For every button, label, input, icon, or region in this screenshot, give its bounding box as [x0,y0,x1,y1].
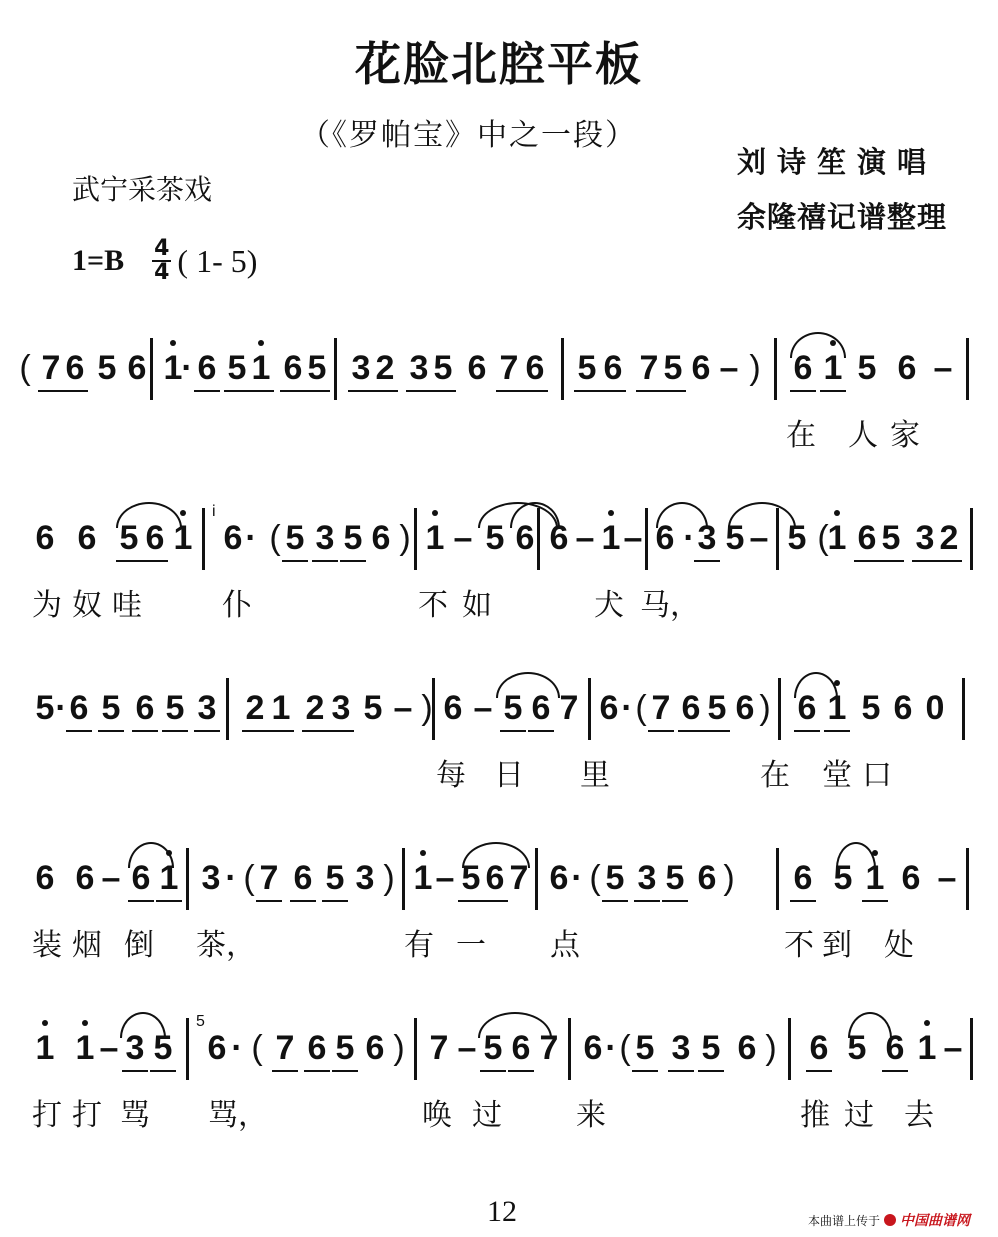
parenthesis: ) [760,1028,782,1068]
parenthesis: ) [754,688,776,728]
note: 6 [582,1028,604,1068]
note: 1 [270,688,292,728]
high-octave-dot [180,510,186,516]
dash-extension: – [622,518,644,558]
parenthesis: ) [744,348,766,388]
note: 1 [412,858,434,898]
note: 6 [792,858,814,898]
notation-line: 5·6565321235–)6–5676·(7656)61560 [0,670,998,740]
dash-extension: – [392,688,414,728]
note: 7 [274,1028,296,1068]
note: 5 [342,518,364,558]
note: 5 [164,688,186,728]
eighth-underline [678,730,704,732]
eighth-underline [862,900,888,902]
time-numerator: 4 [152,238,171,262]
note: 6 [690,348,712,388]
song-title: 花脸北腔平板 [0,28,998,94]
high-octave-dot [82,1020,88,1026]
barline [334,338,337,400]
high-octave-dot [432,510,438,516]
note: 6 [74,858,96,898]
time-signature: 4 4 [152,238,171,284]
eighth-underline [116,560,142,562]
lyric-syllable: 仆 [222,580,252,624]
eighth-underline [406,390,432,392]
eighth-underline [162,730,188,732]
score-row: (76561·65165323567656756–)6156–在人家 [0,330,998,480]
page-number: 12 [487,1195,517,1229]
note: 1 [600,518,622,558]
note: 3 [200,858,222,898]
eighth-underline [824,730,850,732]
barline [414,1018,417,1080]
eighth-underline [668,1070,694,1072]
eighth-underline [194,730,220,732]
parenthesis: ( [246,1028,268,1068]
note: 6 [900,858,922,898]
dot-augmentation: · [54,688,68,728]
eighth-underline [280,390,306,392]
lyric-syllable: 打 [32,1090,62,1134]
note: 6 [306,1028,328,1068]
grace-note: 5 [196,1014,205,1030]
lyric-syllable: 在 [786,410,816,454]
slur-arc [728,502,796,528]
dash-extension: – [932,348,954,388]
slur-arc [116,502,182,528]
eighth-underline [820,390,846,392]
dash-extension: – [434,858,456,898]
note: 3 [350,348,372,388]
barline [788,1018,791,1080]
eighth-underline [340,560,366,562]
note: 6 [134,688,156,728]
lyric-syllable: 日 [494,750,524,794]
lyric-syllable: 里 [580,750,610,794]
barline [535,848,538,910]
eighth-underline [256,900,282,902]
eighth-underline [224,390,250,392]
eighth-underline [528,730,554,732]
lyric-syllable: 唤 [422,1090,452,1134]
note: 6 [734,688,756,728]
eighth-underline [636,390,662,392]
eighth-underline [508,1070,534,1072]
note: 65 [206,1028,228,1068]
note: 6 [34,858,56,898]
barline [962,678,965,740]
eighth-underline [458,900,484,902]
lyric-syllable: 骂 [120,1090,150,1134]
notation-line: (76561·65165323567656756–)6156– [0,330,998,400]
lyric-syllable: 不 [418,580,448,624]
note: 6i [222,518,244,558]
parenthesis: ) [378,858,400,898]
score-row: 5·6565321235–)6–5676·(7656)61560每日里在堂口 [0,670,998,820]
dash-extension: – [574,518,596,558]
note: 6 [282,348,304,388]
lyric-syllable: 处 [884,920,914,964]
note: 3 [670,1028,692,1068]
lyric-syllable: 堂 [822,750,852,794]
barline [966,338,969,400]
note: 6 [76,518,98,558]
lyric-syllable: 点 [550,920,580,964]
eighth-underline [632,1070,658,1072]
note: 1 [424,518,446,558]
note: 5 [284,518,306,558]
note: 2 [304,688,326,728]
note: 5 [34,688,56,728]
barline [414,508,417,570]
note: 5 [860,688,882,728]
dot-augmentation: · [230,1028,244,1068]
dash-extension: – [942,1028,964,1068]
dash-extension: – [452,518,474,558]
barline [774,338,777,400]
lyric-syllable: 骂， [208,1090,268,1134]
note: 2 [938,518,960,558]
dash-extension: – [100,858,122,898]
eighth-underline [38,390,64,392]
notation-line: 665616i·(5356)1–566–1–6·35–5(16532 [0,500,998,570]
performer-credit: 刘诗笙演唱 [737,140,937,181]
eighth-underline [790,390,816,392]
note: 6 [466,348,488,388]
slur-arc [836,842,876,868]
parenthesis: ( [264,518,286,558]
eighth-underline [156,900,182,902]
note: 7 [498,348,520,388]
slur-arc [128,842,174,868]
site-name: 中国曲谱网 [900,1210,970,1230]
barline [402,848,405,910]
barline [202,508,205,570]
barline [776,848,779,910]
note: 5 [306,348,328,388]
eighth-underline [648,730,674,732]
note: 0 [924,688,946,728]
note: 6 [370,518,392,558]
lyric-syllable: 茶， [196,920,256,964]
lyric-syllable: 奴 [72,580,102,624]
eighth-underline [878,560,904,562]
eighth-underline [128,900,154,902]
lyric-syllable: 去 [904,1090,934,1134]
high-octave-dot [170,340,176,346]
note: 6 [442,688,464,728]
lyric-syllable: 推 [800,1090,830,1134]
note: 6 [34,518,56,558]
note: 5 [324,858,346,898]
eighth-underline [268,730,294,732]
note: 6 [126,348,148,388]
note: 1 [74,1028,96,1068]
score-row: 66–613·(7653)1–5676·(5356)6516–装烟倒茶，有一点不… [0,840,998,990]
slur-arc [848,1012,892,1038]
parenthesis: ) [394,518,416,558]
lyric-syllable: 一 [456,920,486,964]
lyric-syllable: 到 [822,920,852,964]
eighth-underline [66,730,92,732]
note: 6 [896,348,918,388]
eighth-underline [496,390,522,392]
high-octave-dot [924,1020,930,1026]
note: 5 [700,1028,722,1068]
dash-extension: – [456,1028,478,1068]
note: 5 [576,348,598,388]
eighth-underline [522,390,548,392]
key-signature: 1=B 4 4 ( 1- 5) [72,238,257,284]
note: 3 [636,858,658,898]
note: 7 [638,348,660,388]
barline [568,1018,571,1080]
slur-arc [656,502,708,528]
dash-extension: – [718,348,740,388]
note: 2 [374,348,396,388]
lyric-syllable: 有 [404,920,434,964]
lyric-syllable: 过 [844,1090,874,1134]
note: 1 [916,1028,938,1068]
eighth-underline [282,560,308,562]
eighth-underline [242,730,268,732]
dot-augmentation: · [180,348,194,388]
notation-line: 66–613·(7653)1–5676·(5356)6516– [0,840,998,910]
slur-arc [462,842,530,868]
slur-arc [478,1012,552,1038]
eighth-underline [430,390,456,392]
lyric-syllable: 为 [32,580,62,624]
dot-augmentation: · [224,858,238,898]
eighth-underline [348,390,374,392]
barline [186,1018,189,1080]
eighth-underline [482,900,508,902]
slur-arc [120,1012,166,1038]
eighth-underline [574,390,600,392]
note: 6 [548,858,570,898]
lyric-syllable: 马， [640,580,700,624]
eighth-underline [150,1070,176,1072]
note: 6 [808,1028,830,1068]
dash-extension: – [936,858,958,898]
eighth-underline [662,900,688,902]
note: 5 [226,348,248,388]
lyric-syllable: 如 [462,580,492,624]
high-octave-dot [258,340,264,346]
eighth-underline [328,730,354,732]
note: 6 [292,858,314,898]
note: 6 [64,348,86,388]
parenthesis: ) [718,858,740,898]
note: 1 [826,518,848,558]
slur-arc [790,332,846,358]
slur-arc [794,672,838,698]
eighth-underline [854,560,880,562]
lyric-syllable: 哇 [112,580,142,624]
eighth-underline [290,900,316,902]
barline [150,338,153,400]
eighth-underline [480,1070,506,1072]
note: 5 [664,858,686,898]
eighth-underline [62,390,88,392]
barline [966,848,969,910]
note: 6 [736,1028,758,1068]
note: 5 [362,688,384,728]
lyric-syllable: 每 [436,750,466,794]
lyric-syllable: 来 [576,1090,606,1134]
parenthesis: ( [584,858,606,898]
lyric-syllable: 犬 [594,580,624,624]
note: 7 [40,348,62,388]
barline [588,678,591,740]
note: 3 [196,688,218,728]
eighth-underline [600,390,626,392]
note: 5 [604,858,626,898]
high-octave-dot [608,510,614,516]
note: 6 [856,518,878,558]
note: 6 [892,688,914,728]
score-row: 665616i·(5356)1–566–1–6·35–5(16532为奴哇仆不如… [0,500,998,650]
note: 7 [428,1028,450,1068]
dot-augmentation: · [244,518,258,558]
eighth-underline [698,1070,724,1072]
eighth-underline [912,560,938,562]
note: 7 [258,858,280,898]
eighth-underline [302,730,328,732]
note: 5 [100,688,122,728]
parenthesis: ) [388,1028,410,1068]
eighth-underline [98,730,124,732]
note: 5 [880,518,902,558]
song-subtitle: （《罗帕宝》中之一段） [300,110,637,154]
lyric-syllable: 倒 [124,920,154,964]
lyric-syllable: 在 [760,750,790,794]
eighth-underline [704,730,730,732]
slur-arc [496,672,560,698]
eighth-underline [142,560,168,562]
eighth-underline [248,390,274,392]
note: 6 [68,688,90,728]
eighth-underline [322,900,348,902]
note: 5 [634,1028,656,1068]
note: 6 [602,348,624,388]
parenthesis: ( [630,688,652,728]
lyric-syllable: 烟 [72,920,102,964]
eighth-underline [660,390,686,392]
note: 3 [408,348,430,388]
barline [432,678,435,740]
eighth-underline [602,900,628,902]
dash-extension: – [472,688,494,728]
note: 5 [856,348,878,388]
lyric-syllable: 人 [848,410,878,454]
note: 5 [334,1028,356,1068]
upload-watermark: 本曲谱上传于 中国曲谱网 [808,1210,970,1230]
lyric-syllable: 口 [862,750,892,794]
note: 1 [34,1028,56,1068]
note: 6 [364,1028,386,1068]
key-value: 1=B [72,244,124,278]
notation-line: 11–3565·(7656)7–5676·(5356)6561– [0,1010,998,1080]
barline [561,338,564,400]
note: 6 [680,688,702,728]
note: 3 [914,518,936,558]
note: 3 [354,858,376,898]
barline [226,678,229,740]
lyric-syllable: 装 [32,920,62,964]
time-denominator: 4 [154,262,169,284]
score-row: 11–3565·(7656)7–5676·(5356)6561–打打骂骂，唤过来… [0,1010,998,1160]
eighth-underline [806,1070,832,1072]
note: 1 [250,348,272,388]
lyric-syllable: 打 [72,1090,102,1134]
eighth-underline [304,390,330,392]
eighth-underline [936,560,962,562]
barline [970,1018,973,1080]
site-logo-icon [884,1214,896,1226]
upload-note: 本曲谱上传于 [808,1212,880,1229]
lyric-syllable: 家 [890,410,920,454]
eighth-underline [132,730,158,732]
high-octave-dot [42,1020,48,1026]
dash-extension: – [98,1028,120,1068]
note: 6 [196,348,218,388]
eighth-underline [272,1070,298,1072]
high-octave-dot [420,850,426,856]
opera-genre: 武宁采茶戏 [72,168,212,208]
eighth-underline [794,730,820,732]
eighth-underline [694,560,720,562]
note: 3 [330,688,352,728]
note: 5 [432,348,454,388]
note: 6 [524,348,546,388]
lyric-syllable: 过 [472,1090,502,1134]
eighth-underline [122,1070,148,1072]
note: 6 [696,858,718,898]
note: 3 [314,518,336,558]
transcriber-credit: 余隆禧记谱整理 [737,195,947,236]
eighth-underline [194,390,220,392]
note: 2 [244,688,266,728]
high-octave-dot [834,510,840,516]
eighth-underline [500,730,526,732]
note: 5 [706,688,728,728]
note: 6 [598,688,620,728]
grace-note: i [212,504,216,520]
barline [970,508,973,570]
eighth-underline [790,900,816,902]
note: 5 [662,348,684,388]
lyric-syllable: 不 [784,920,814,964]
dot-augmentation: · [570,858,584,898]
eighth-underline [882,1070,908,1072]
barline [186,848,189,910]
eighth-underline [634,900,660,902]
eighth-underline [304,1070,330,1072]
parenthesis: ( [238,858,260,898]
barline [645,508,648,570]
barline [778,678,781,740]
eighth-underline [312,560,338,562]
note: 5 [96,348,118,388]
eighth-underline [332,1070,358,1072]
intro-notes: ( 1- 5) [177,243,257,280]
parenthesis: ( [614,1028,636,1068]
note: 7 [558,688,580,728]
note: 7 [650,688,672,728]
parenthesis: ( [14,348,36,388]
